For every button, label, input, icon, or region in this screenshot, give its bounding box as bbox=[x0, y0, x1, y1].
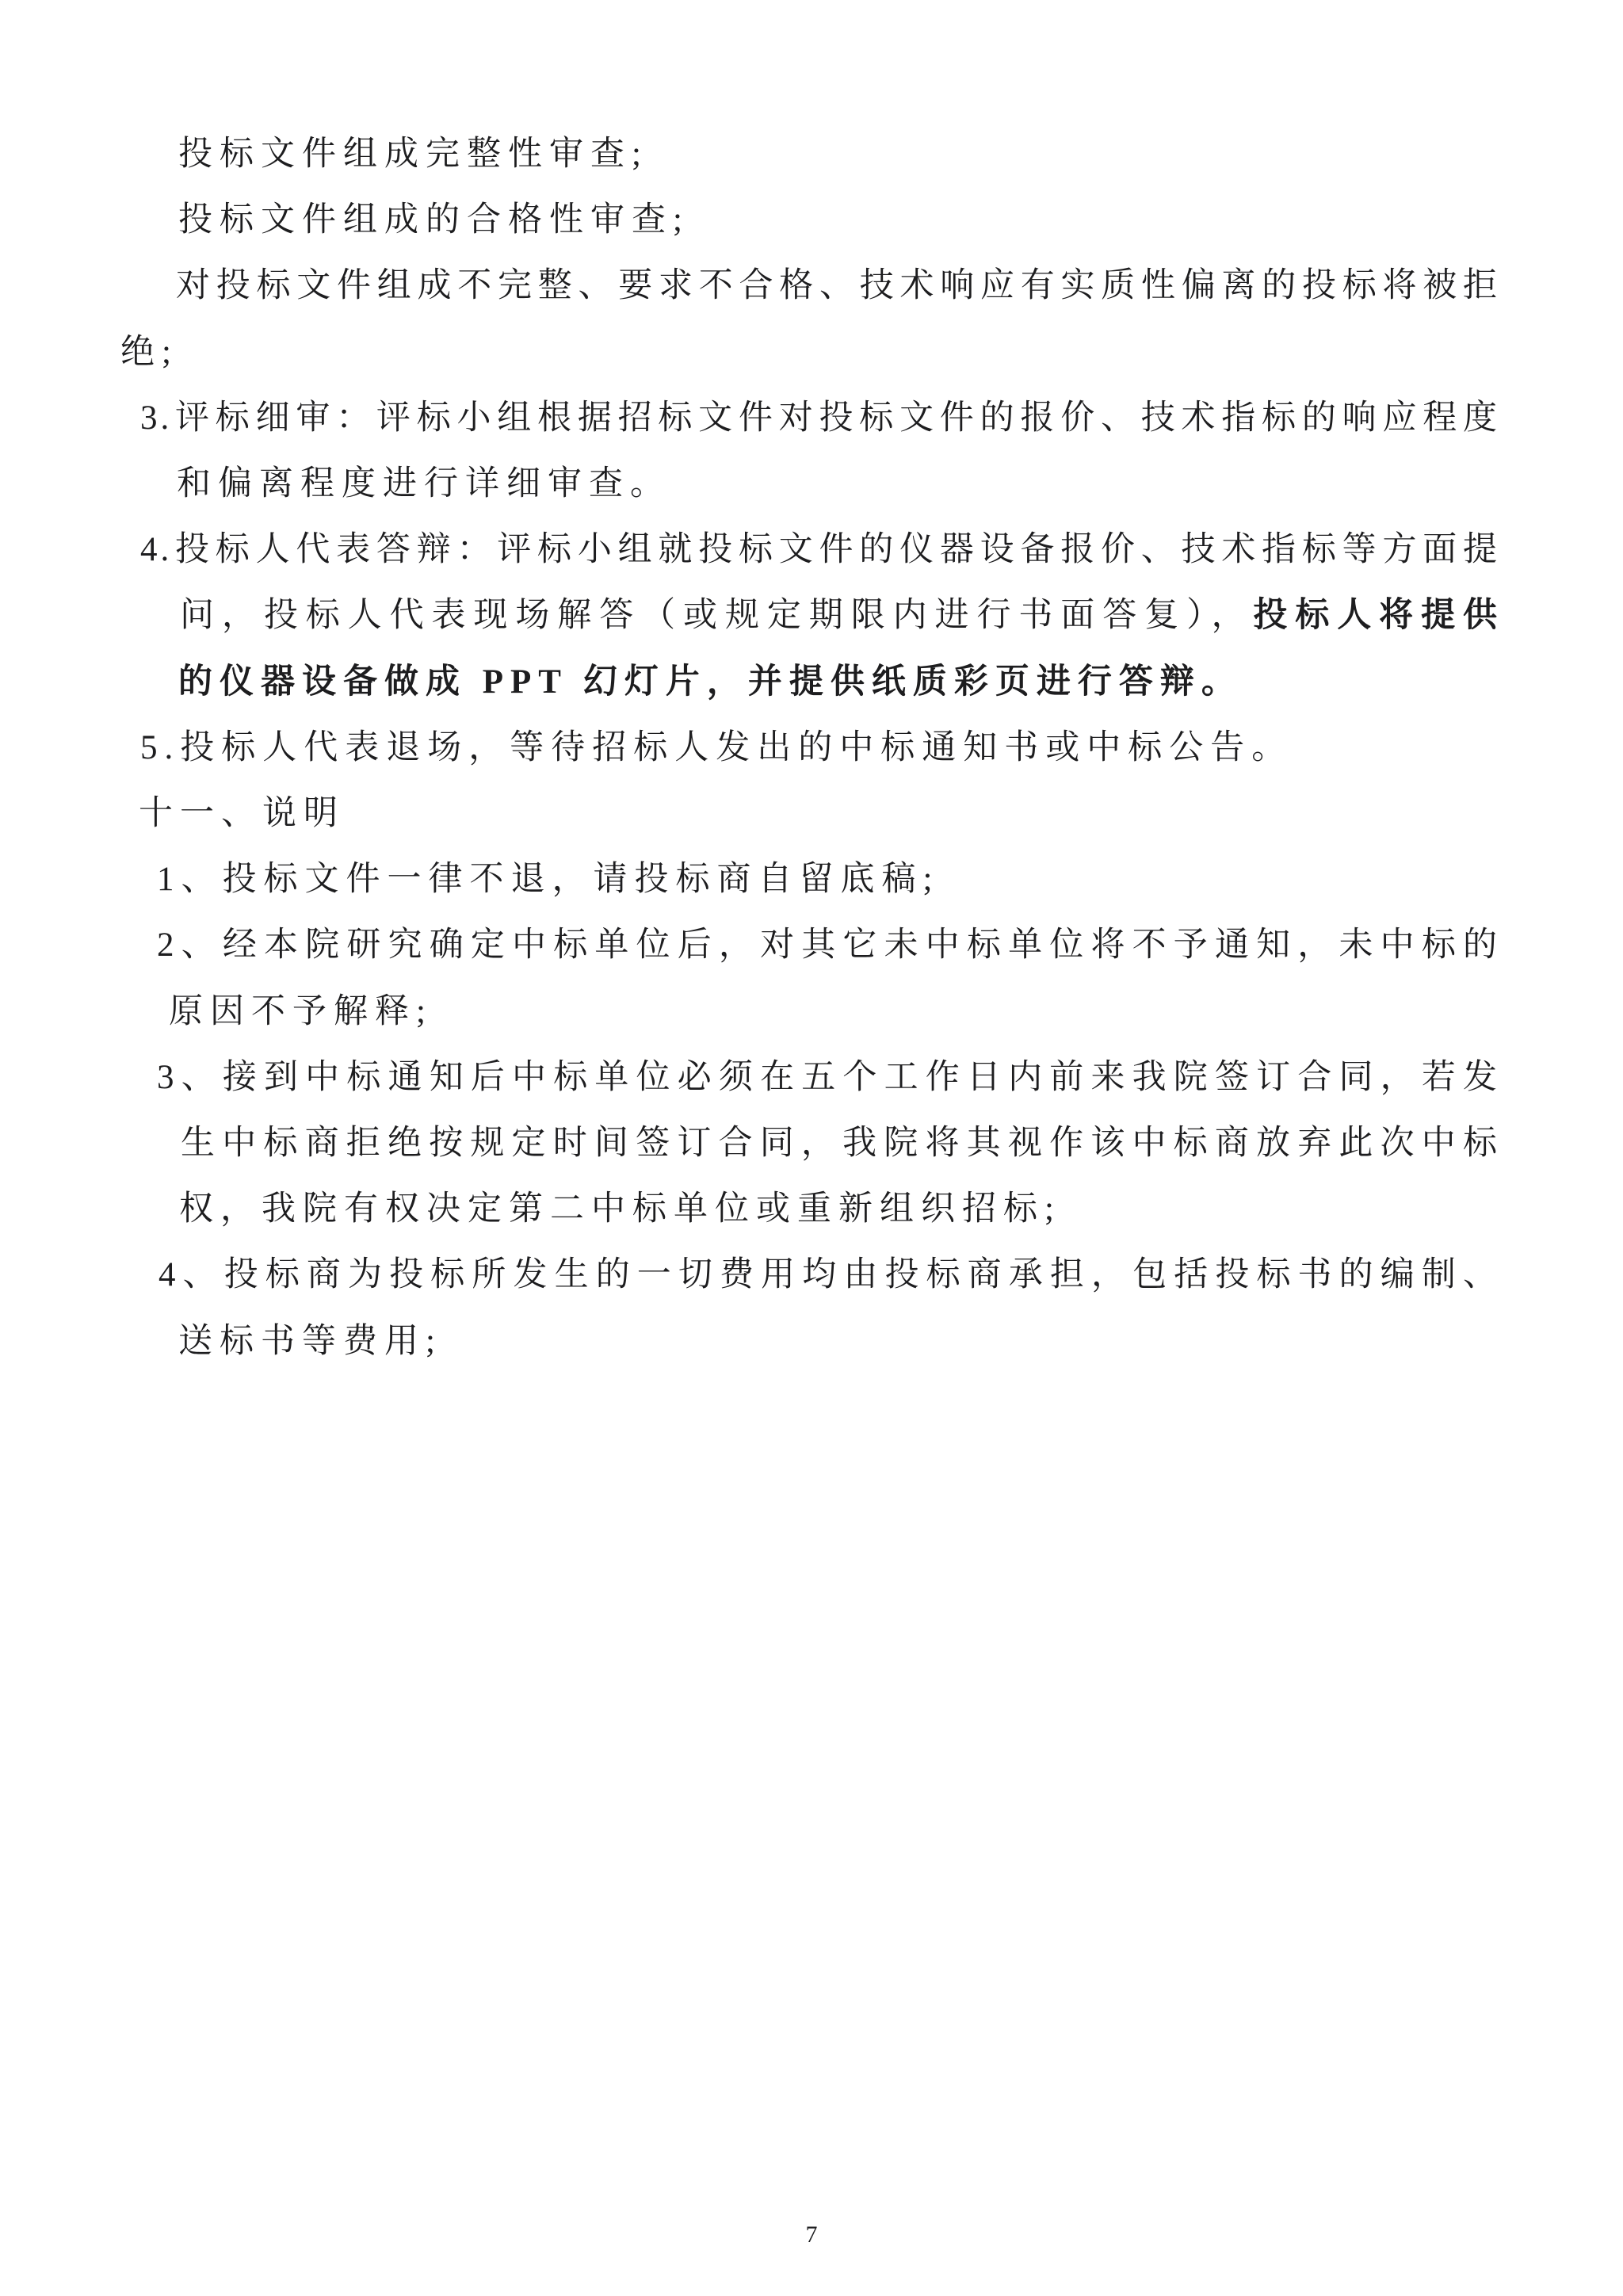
line-note3-contract-part3: 权，我院有权决定第二中标单位或重新组织招标; bbox=[179, 1176, 1061, 1242]
line-item3-detailed-review-part2: 和偏离程度进行详细审查。 bbox=[177, 451, 671, 517]
line-note1-no-return: 1、投标文件一律不退，请投标商自留底稿; bbox=[157, 846, 939, 912]
line-note4-costs-part2: 送标书等费用; bbox=[178, 1308, 442, 1374]
line-item3-detailed-review-part1: 3.评标细审：评标小组根据招标文件对投标文件的报价、技术指标的响应程度 bbox=[140, 385, 1500, 451]
line-review-completeness: 投标文件组成完整性审查; bbox=[178, 121, 648, 187]
line-note3-contract-part1: 3、接到中标通知后中标单位必须在五个工作日内前来我院签订合同，若发 bbox=[157, 1045, 1500, 1110]
line-rejection-note-part1: 对投标文件组成不完整、要求不合格、技术响应有实质性偏离的投标将被拒 bbox=[176, 253, 1500, 319]
document-page: 投标文件组成完整性审查; 投标文件组成的合格性审查; 对投标文件组成不完整、要求… bbox=[0, 0, 1623, 2296]
line-rejection-note-part2: 绝; bbox=[120, 319, 178, 385]
line-text-bold: 投标人将提供 bbox=[1253, 597, 1500, 634]
line-item5-exit: 5.投标人代表退场，等待招标人发出的中标通知书或中标公告。 bbox=[140, 715, 1293, 781]
section-heading-11-notes: 十一、说明 bbox=[139, 781, 345, 846]
line-text-regular: 问，投标人代表现场解答（或规定期限内进行书面答复）， bbox=[180, 597, 1253, 634]
page-number: 7 bbox=[0, 2216, 1623, 2254]
line-item4-defense-part1: 4.投标人代表答辩：评标小组就投标文件的仪器设备报价、技术指标等方面提 bbox=[140, 517, 1500, 583]
line-note4-costs-part1: 4、投标商为投标所发生的一切费用均由投标商承担，包括投标书的编制、 bbox=[158, 1242, 1500, 1308]
line-item4-defense-part3-bold: 的仪器设备做成 PPT 幻灯片，并提供纸质彩页进行答辩。 bbox=[178, 649, 1243, 715]
line-note2-no-notice-part1: 2、经本院研究确定中标单位后，对其它未中标单位将不予通知，未中标的 bbox=[157, 912, 1500, 978]
line-note3-contract-part2: 生中标商拒绝按规定时间签订合同，我院将其视作该中标商放弃此次中标 bbox=[181, 1110, 1500, 1176]
line-note2-no-notice-part2: 原因不予解释; bbox=[169, 979, 433, 1045]
line-review-qualification: 投标文件组成的合格性审查; bbox=[178, 187, 689, 253]
line-item4-defense-part2: 问，投标人代表现场解答（或规定期限内进行书面答复），投标人将提供 bbox=[180, 583, 1500, 648]
